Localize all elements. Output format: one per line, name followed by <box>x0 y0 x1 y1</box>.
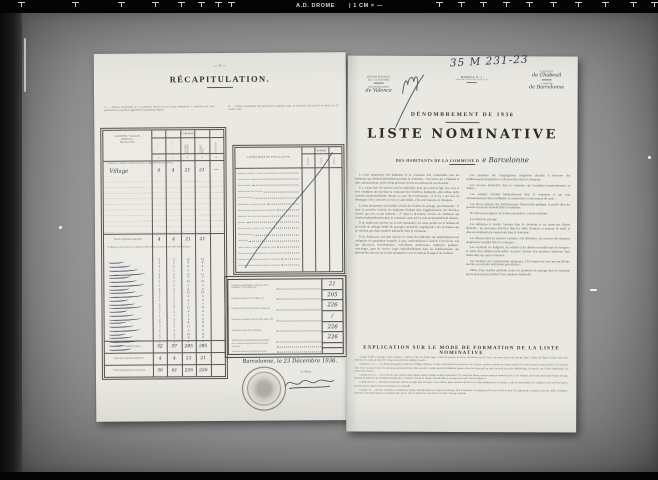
ruler-tick <box>503 2 510 3</box>
hamlet-value: 7 <box>196 303 210 306</box>
ruler-tick <box>602 2 609 3</box>
category-label: Lycées et collèges <box>238 197 253 199</box>
summary-value: 21 <box>321 279 342 290</box>
model-block: MODÈLE N° 1 (Décret du 8 juillet 1936, a… <box>434 76 510 85</box>
hamlet-value: 13 <box>196 291 210 294</box>
hamlet-value: 8 <box>196 310 210 313</box>
instruction-paragraph: Les malades résidant habituellement dans… <box>466 193 570 201</box>
summary-row: Population municipale (total du tableau … <box>228 300 342 311</box>
column-number: 2 <box>172 156 173 159</box>
hamlet-value: 1 <box>167 314 181 317</box>
archive-label: A.D. DROME <box>296 3 335 9</box>
hamlet-value: 2 <box>152 303 166 306</box>
hamlet-value: 9 <box>181 329 195 332</box>
hamlet-value: 2 <box>153 310 167 313</box>
table-a-header: QUARTIERS, VILLAGES, HAMEAUX, Maisons is… <box>103 130 223 162</box>
ruler-tick <box>215 2 222 3</box>
instruction-paragraph: Les ouvriers domiciliés dans la commune … <box>466 184 570 192</box>
hamlet-value: 1 <box>152 269 166 272</box>
divider <box>446 122 480 123</box>
explication-paragraph: Colonnes 6 à 9. — On inscrira d'abord le… <box>354 381 568 388</box>
handwritten-hamlet-name <box>109 346 132 350</box>
column-label: de ménages <box>307 157 309 165</box>
ruler-tick <box>575 2 582 3</box>
row-value: 4 <box>166 237 180 242</box>
category-label: Communautés religieuses <box>238 179 259 181</box>
category-label: Maisons d'éducation nationale <box>238 191 263 193</box>
hamlet-value: 2 <box>167 265 181 268</box>
hamlet-value: 3 <box>167 333 181 336</box>
summary-value: 226 <box>321 300 342 311</box>
explication-paragraph: Chaque feuille se partage en dix colonne… <box>354 356 568 363</box>
row-label: Total de la population agglomérée <box>104 239 152 242</box>
divider <box>467 82 477 83</box>
summary-value: 226 <box>322 322 343 333</box>
table-a-population: QUARTIERS, VILLAGES, HAMEAUX, Maisons is… <box>102 129 226 378</box>
hamlet-value: 10 <box>181 333 195 336</box>
ruler-tick <box>651 2 658 3</box>
table-b-header: CATÉGORIES DE POPULATION NOMBRE de ménag… <box>235 147 341 169</box>
hamlet-value: 12 <box>195 258 209 261</box>
summary-row: Population éparse (2° du tableau A)205∕ <box>228 290 342 301</box>
hamlet-value: 3 <box>195 284 209 287</box>
summary-row: Population totale de la commune226∕ <box>229 322 343 333</box>
hamlet-value: 13 <box>181 291 195 294</box>
explication-paragraph: Colonnes 1 et 2. — Les noms des quartier… <box>354 363 568 373</box>
liste-nominative-title: LISTE NOMINATIVE <box>347 126 577 142</box>
hamlet-value: 3 <box>152 273 166 276</box>
row-value: 21 <box>195 168 209 173</box>
hamlet-value: 9 <box>181 295 195 298</box>
row-label: Village <box>104 168 152 174</box>
hamlet-value: 1 <box>167 269 181 272</box>
dust-speck <box>59 226 62 229</box>
hamlet-value: 1 <box>167 284 181 287</box>
hamlet-value: 10 <box>195 280 209 283</box>
hamlet-value: 2 <box>167 322 181 325</box>
dotted-leader <box>277 348 321 352</box>
dotted-leader <box>276 301 320 311</box>
column-label: de ménages <box>172 141 174 150</box>
category-label: Élèves internes : <box>238 185 252 187</box>
table-a-column-labels: de maisonsde ménagesd'individus (populat… <box>151 138 223 154</box>
hamlet-value: 3 <box>167 318 181 321</box>
summary-value: / <box>322 311 343 322</box>
hamlet-value: 8 <box>181 288 195 291</box>
hamlet-value: 7 <box>181 303 195 306</box>
row-value: 61 <box>167 368 181 373</box>
model-decree-note: (Décret du 8 juillet 1936, articles 3 et… <box>434 79 510 81</box>
category-label: Personnes recueillies dans les dépôts de… <box>238 265 280 268</box>
instruction-paragraph: Les militaires et marins casernés dans l… <box>466 223 570 235</box>
category-label: Militaires logés dans les casernes et qu… <box>238 209 276 212</box>
ruler-tick <box>72 2 79 3</box>
hamlet-value: 8 <box>196 288 210 291</box>
column-number: 4 <box>201 156 202 159</box>
hamlet-value: 8 <box>181 310 195 313</box>
row-value: 21 <box>196 356 210 361</box>
category-label: Détenus : <box>238 222 246 224</box>
divider <box>374 83 384 84</box>
table-row: Total de la population agglomérée442121 <box>104 233 224 246</box>
hamlet-value: 11 <box>181 273 195 276</box>
divider <box>542 80 552 81</box>
instructions-column-1: La liste nominative des habitants de la … <box>355 174 459 258</box>
hamlet-value: 3 <box>167 325 181 328</box>
ruler-tick <box>526 2 533 3</box>
row-value: 4 <box>167 356 181 361</box>
dotted-leader <box>277 333 321 343</box>
hamlet-value: 2 <box>152 265 166 268</box>
hamlet-value: 3 <box>152 307 166 310</box>
commune-name-handwritten: e Barcelonne <box>482 156 529 164</box>
instruction-paragraph: La liste nominative des habitants de la … <box>355 174 459 186</box>
hamlet-value: 2 <box>153 318 167 321</box>
ruler-tick <box>178 2 185 3</box>
instruction-paragraph: Les membres des communautés religieuses,… <box>466 260 570 268</box>
hamlet-value: 2 <box>167 295 181 298</box>
hamlet-value: 2 <box>167 299 181 302</box>
table-a-column-numbers: 12345 <box>151 153 223 161</box>
row-value: 226 <box>182 368 196 373</box>
dotted-leader <box>277 322 321 332</box>
hamlet-value: 2 <box>167 288 181 291</box>
row-value: 205 <box>196 344 210 349</box>
hamlet-value: 9 <box>195 265 209 268</box>
category-label: Membres des communautés rattachées à l'e… <box>238 258 280 261</box>
hamlet-value: 12 <box>196 306 210 309</box>
category-label: Hospices et hôpitaux : malades et person… <box>238 172 279 175</box>
instructions-column-2: Les membres des congrégations religieuse… <box>466 174 570 279</box>
recapitulation-title: RÉCAPITULATION. <box>94 73 346 85</box>
dotted-leader <box>276 279 320 289</box>
hamlet-value: 6 <box>181 299 195 302</box>
ruler-tick <box>458 2 465 3</box>
dust-speck <box>648 156 651 159</box>
column-label: d'individus comptés à part <box>214 139 218 153</box>
section-b-note: B. — Tableau récapitulatif des populatio… <box>228 104 338 111</box>
dotted-leader <box>276 290 320 300</box>
column-number: 3 <box>187 156 188 159</box>
instruction-paragraph: Il y a donc lieu d'y inscrire tous les i… <box>355 187 459 203</box>
row-value: 205 <box>182 344 196 349</box>
column-label: d'individus (population totale) <box>199 139 205 153</box>
row-value: 21 <box>180 169 194 174</box>
hamlet-value: 11 <box>181 325 195 328</box>
hamlet-value: 1 <box>152 284 166 287</box>
hamlet-value: 10 <box>181 280 195 283</box>
table-row: Report de la population agglomérée442121 <box>105 352 225 365</box>
hamlet-value: 2 <box>167 303 181 306</box>
row-value: 226 <box>196 368 210 373</box>
hamlet-value: 8 <box>195 261 209 264</box>
hamlet-value: 7 <box>195 276 209 279</box>
column-label: d'hommes <box>320 157 322 164</box>
column-label: de maisons <box>158 142 160 150</box>
hamlet-value: 3 <box>167 292 181 295</box>
hamlet-value: 9 <box>196 318 210 321</box>
ruler-tick <box>118 2 125 3</box>
hamlet-value: 3 <box>167 280 181 283</box>
hamlet-value: 4 <box>181 269 195 272</box>
explication-paragraph: Colonne 10. — On fera connaître la situa… <box>354 388 568 395</box>
dotted-leader <box>267 203 299 204</box>
row-value: — <box>209 168 223 173</box>
ruler-tick <box>152 2 159 3</box>
category-row: Personnes recueillies dans les dépôts de… <box>236 261 302 268</box>
ruler-tick <box>198 2 205 3</box>
dotted-leader <box>274 228 299 229</box>
hamlet-value: 8 <box>181 336 195 339</box>
table-a-corner-header: QUARTIERS, VILLAGES, HAMEAUX, Maisons is… <box>103 130 151 160</box>
film-edge-strip <box>0 13 22 472</box>
instruction-paragraph: Il ne faudra pas inscrire sur la liste n… <box>355 222 459 234</box>
hamlet-value: 12 <box>181 258 195 261</box>
dotted-leader <box>281 265 299 266</box>
hamlet-value: 8 <box>181 261 195 264</box>
category-label: Maisons centrales <box>238 234 253 236</box>
row-label: Report de la population agglomérée <box>105 358 153 361</box>
hamlet-value: 9 <box>181 265 195 268</box>
hamlet-value: 11 <box>195 273 209 276</box>
hamlet-value: 2 <box>167 310 181 313</box>
summary-value: 226 <box>322 333 343 344</box>
instruction-paragraph: Enfin, d'une manière générale, toutes le… <box>466 269 570 277</box>
dust-speck <box>590 289 597 291</box>
place-and-date: Barcelonne, le 23 Décembre 1936. <box>238 358 342 365</box>
hamlet-value: 3 <box>181 284 195 287</box>
hamlet-value: 2 <box>167 329 181 332</box>
column-number: 1 <box>158 156 159 159</box>
hamlet-value: 6 <box>196 299 210 302</box>
instruction-paragraph: Les élèves internes des établissements d… <box>466 203 570 211</box>
mayor-signature <box>282 374 337 390</box>
row-value: 57 <box>167 344 181 349</box>
hamlet-value: 5 <box>196 314 210 317</box>
category-label: Asiles d'aliénés : malades et personnel … <box>238 246 276 249</box>
row-value: 4 <box>153 356 167 361</box>
column-number: 5 <box>216 156 217 159</box>
section-a-note: A. — Tableau récapitulatif de la populat… <box>104 105 214 112</box>
summary-row: Population comptée à part (total du tabl… <box>229 311 343 322</box>
hamlet-value: 3 <box>152 292 166 295</box>
instruction-paragraph: Il n'y faudra pas non plus inscrire les … <box>355 235 459 255</box>
hamlet-value: 3 <box>167 307 181 310</box>
hamlet-value: 1 <box>153 314 167 317</box>
summary-row: Population agglomérée au chef-lieu de la… <box>228 279 342 290</box>
hamlet-value: 5 <box>181 314 195 317</box>
hamlet-value: 4 <box>195 269 209 272</box>
divider <box>449 164 475 165</box>
hamlet-value: 2 <box>153 329 167 332</box>
hamlet-value: 2 <box>152 280 166 283</box>
summary-value: 205 <box>321 290 342 301</box>
mayor-title: Le Maire <box>286 370 326 373</box>
ruler-tick <box>436 2 443 3</box>
hamlet-value: 1 <box>152 299 166 302</box>
row-value: 21 <box>195 237 209 242</box>
hamlet-value: 3 <box>152 258 166 261</box>
hamlet-value: 2 <box>167 277 181 280</box>
hamlet-value: 2 <box>167 337 181 340</box>
instruction-paragraph: Les membres des congrégations religieuse… <box>466 174 570 182</box>
ruler-tick <box>630 2 637 3</box>
instruction-paragraph: Les vieillards, les indigents, les enfan… <box>466 246 570 258</box>
empty-ruled-area <box>104 176 224 234</box>
hamlet-value: 10 <box>196 333 210 336</box>
canton-handwritten: de Chabeuil <box>522 73 572 78</box>
microfilm-scan-viewport: A.D. DROME | 1 CM = — — 5 — RÉCAPITULATI… <box>0 0 658 480</box>
row-value: 52 <box>153 344 167 349</box>
census-year-title: DÉNOMBREMENT DE 1936 <box>348 111 578 118</box>
dotted-leader <box>284 252 299 253</box>
hamlet-list: 3312122288229911443311112277231010113322… <box>104 250 225 341</box>
table-b-body: Hospices et hôpitaux : malades et person… <box>236 168 343 267</box>
column-label: de femmes <box>334 157 336 164</box>
table-row: TOTAUX (population de la commune)5661226… <box>105 364 225 377</box>
category-label: Pénitenciers <box>238 240 248 242</box>
ruler-tick <box>480 2 487 3</box>
hamlet-value: 12 <box>181 306 195 309</box>
hamlet-value: 2 <box>152 288 166 291</box>
left-page-recapitulation: — 5 — RÉCAPITULATION. A. — Tableau récap… <box>94 52 349 422</box>
hamlet-value: 2 <box>167 262 181 265</box>
hamlet-value: 8 <box>196 336 210 339</box>
instruction-paragraph: La liste nominative sera établie à l'aid… <box>355 204 459 220</box>
hamlet-value: 9 <box>181 318 195 321</box>
hamlet-value: 9 <box>196 295 210 298</box>
hamlet-value: 2 <box>153 333 167 336</box>
dotted-leader <box>277 246 299 247</box>
row-label: TOTAUX (population de la commune) <box>105 370 153 373</box>
hamlet-value: 3 <box>153 325 167 328</box>
dotted-leader <box>279 173 298 174</box>
explication-paragraph: Colonnes 3, 4, 5. — On y inscrira, par n… <box>354 373 568 380</box>
general-recapitulation-box: Population agglomérée au chef-lieu de la… <box>227 278 344 355</box>
hamlet-value: 9 <box>196 329 210 332</box>
scale-label: | 1 CM = — <box>349 3 383 9</box>
hamlet-value: 2 <box>152 262 166 265</box>
instruction-paragraph: Les détenus dans les maisons centrales e… <box>466 237 570 245</box>
hamlet-value: 3 <box>167 273 181 276</box>
hamlet-value: 2 <box>153 322 167 325</box>
scanner-ruler-bar: A.D. DROME | 1 CM = — <box>0 0 658 13</box>
scanner-bottom-bar <box>0 472 658 480</box>
row-value: 4 <box>152 169 166 174</box>
subtitle-printed: DES HABITANTS DE LA COMMUNE D <box>396 158 479 163</box>
vu-checkmark-scrawl <box>391 70 427 132</box>
dotted-leader <box>281 259 299 260</box>
hamlet-value: 8 <box>181 321 195 324</box>
table-b-comptee-a-part: CATÉGORIES DE POPULATION NOMBRE de ménag… <box>234 146 343 273</box>
ruler-tick <box>550 2 557 3</box>
dotted-leader <box>277 311 321 321</box>
category-label: Marins de l'État à bord des bâtiments <box>238 215 269 218</box>
hamlet-value: 2 <box>153 337 167 340</box>
category-label: Pensionnats et institutions privées <box>238 203 266 205</box>
hamlet-value: 2 <box>152 277 166 280</box>
row-value: 21 <box>182 356 196 361</box>
title-rule <box>207 87 233 88</box>
table-a-body: 1° Quartiers, villages ou hameaux forman… <box>103 161 224 377</box>
page-number: — 5 — <box>94 62 346 69</box>
row-value: 4 <box>152 238 166 243</box>
instruction-paragraph: Ne doivent pas figurer sur la liste nomi… <box>466 212 570 216</box>
row-value: 4 <box>166 169 180 174</box>
category-label: Ouvriers des chantiers temporaires de tr… <box>238 252 283 255</box>
mairie-round-stamp <box>242 367 286 411</box>
column-label: d'individus (population municipale) <box>184 139 190 153</box>
hamlet-value: 11 <box>196 325 210 328</box>
hamlet-value: 8 <box>196 321 210 324</box>
hamlet-value: 7 <box>181 276 195 279</box>
canton-block: CANTON de Chabeuil COMMUNE de Barcelonne <box>522 70 572 90</box>
hamlet-value: 3 <box>167 258 181 261</box>
film-scratch <box>24 38 26 92</box>
summary-sub-label: population éparse du recensement précéde… <box>229 350 276 354</box>
dotted-leader <box>270 216 299 217</box>
row-value: 56 <box>153 368 167 373</box>
row-value: 21 <box>181 237 195 242</box>
commune-handwritten: de Barcelonne <box>522 85 572 90</box>
ruler-tick <box>228 2 235 3</box>
explication-paragraphs: Chaque feuille se partage en dix colonne… <box>354 356 568 397</box>
summary-sub-row: population éparse du recensement précéde… <box>229 348 343 354</box>
dotted-leader <box>276 209 298 210</box>
hamlet-value: 2 <box>152 295 166 298</box>
dotted-leader <box>277 343 321 347</box>
table-b-column-labels: de ménagesd'hommesde femmes <box>301 154 341 167</box>
category-label: Maisons d'arrêt, de justice et de correc… <box>238 228 273 231</box>
table-b-categories-header: CATÉGORIES DE POPULATION <box>235 147 301 167</box>
ruler-tick <box>18 2 25 3</box>
right-page-liste-nominative: 35 M 231-23 DÉPARTEMENT DE LA DRÔME ARRO… <box>346 56 578 433</box>
